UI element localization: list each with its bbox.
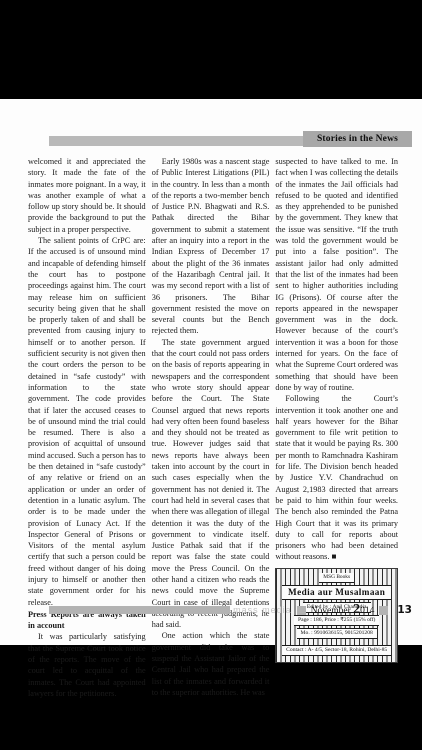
footer-square-icon xyxy=(297,606,306,615)
page-number: 13 xyxy=(397,604,412,616)
footer-square-icon xyxy=(379,606,388,615)
paragraph: Following the Court’s intervention it to… xyxy=(275,393,398,562)
ad-contact-address: Contact : A- 4/5, Sector-18, Rohini, Del… xyxy=(282,645,391,656)
page-footer: mass media November 2014 13 xyxy=(49,604,412,616)
footer-rule xyxy=(49,606,230,614)
ad-phone: Mo. : 9910636155, 9015201208 xyxy=(297,628,377,639)
ad-book-title: Media aur Musalmaan xyxy=(282,585,391,600)
issue-year-rest: 014 xyxy=(360,606,374,616)
ad-publisher: MSG Books xyxy=(319,573,354,583)
section-banner: Stories in the News xyxy=(303,131,412,147)
article-column-2: Early 1980s was a nascent stage of Publi… xyxy=(152,156,270,699)
paragraph: welcomed it and appreciated the story. I… xyxy=(28,156,146,235)
paragraph: Early 1980s was a nascent stage of Publi… xyxy=(152,156,270,337)
issue-month: November xyxy=(311,606,353,616)
magazine-logo: mass media xyxy=(233,605,292,615)
section-title: Stories in the News xyxy=(317,134,398,144)
scanned-magazine-spread: Stories in the News welcomed it and appr… xyxy=(0,0,422,750)
header-rule xyxy=(49,136,306,146)
paragraph: It was particularly satisfying that the … xyxy=(28,631,146,699)
article-column-1: welcomed it and appreciated the story. I… xyxy=(28,156,146,699)
paragraph: One action which the state government di… xyxy=(152,630,270,698)
magazine-page: Stories in the News welcomed it and appr… xyxy=(0,99,422,645)
paragraph: The state government argued that the cou… xyxy=(152,337,270,631)
issue-date: November 2014 xyxy=(311,602,375,618)
paragraph: The salient points of CrPC are: If the a… xyxy=(28,235,146,608)
paragraph: suspected to have talked to me. In fact … xyxy=(275,156,398,393)
